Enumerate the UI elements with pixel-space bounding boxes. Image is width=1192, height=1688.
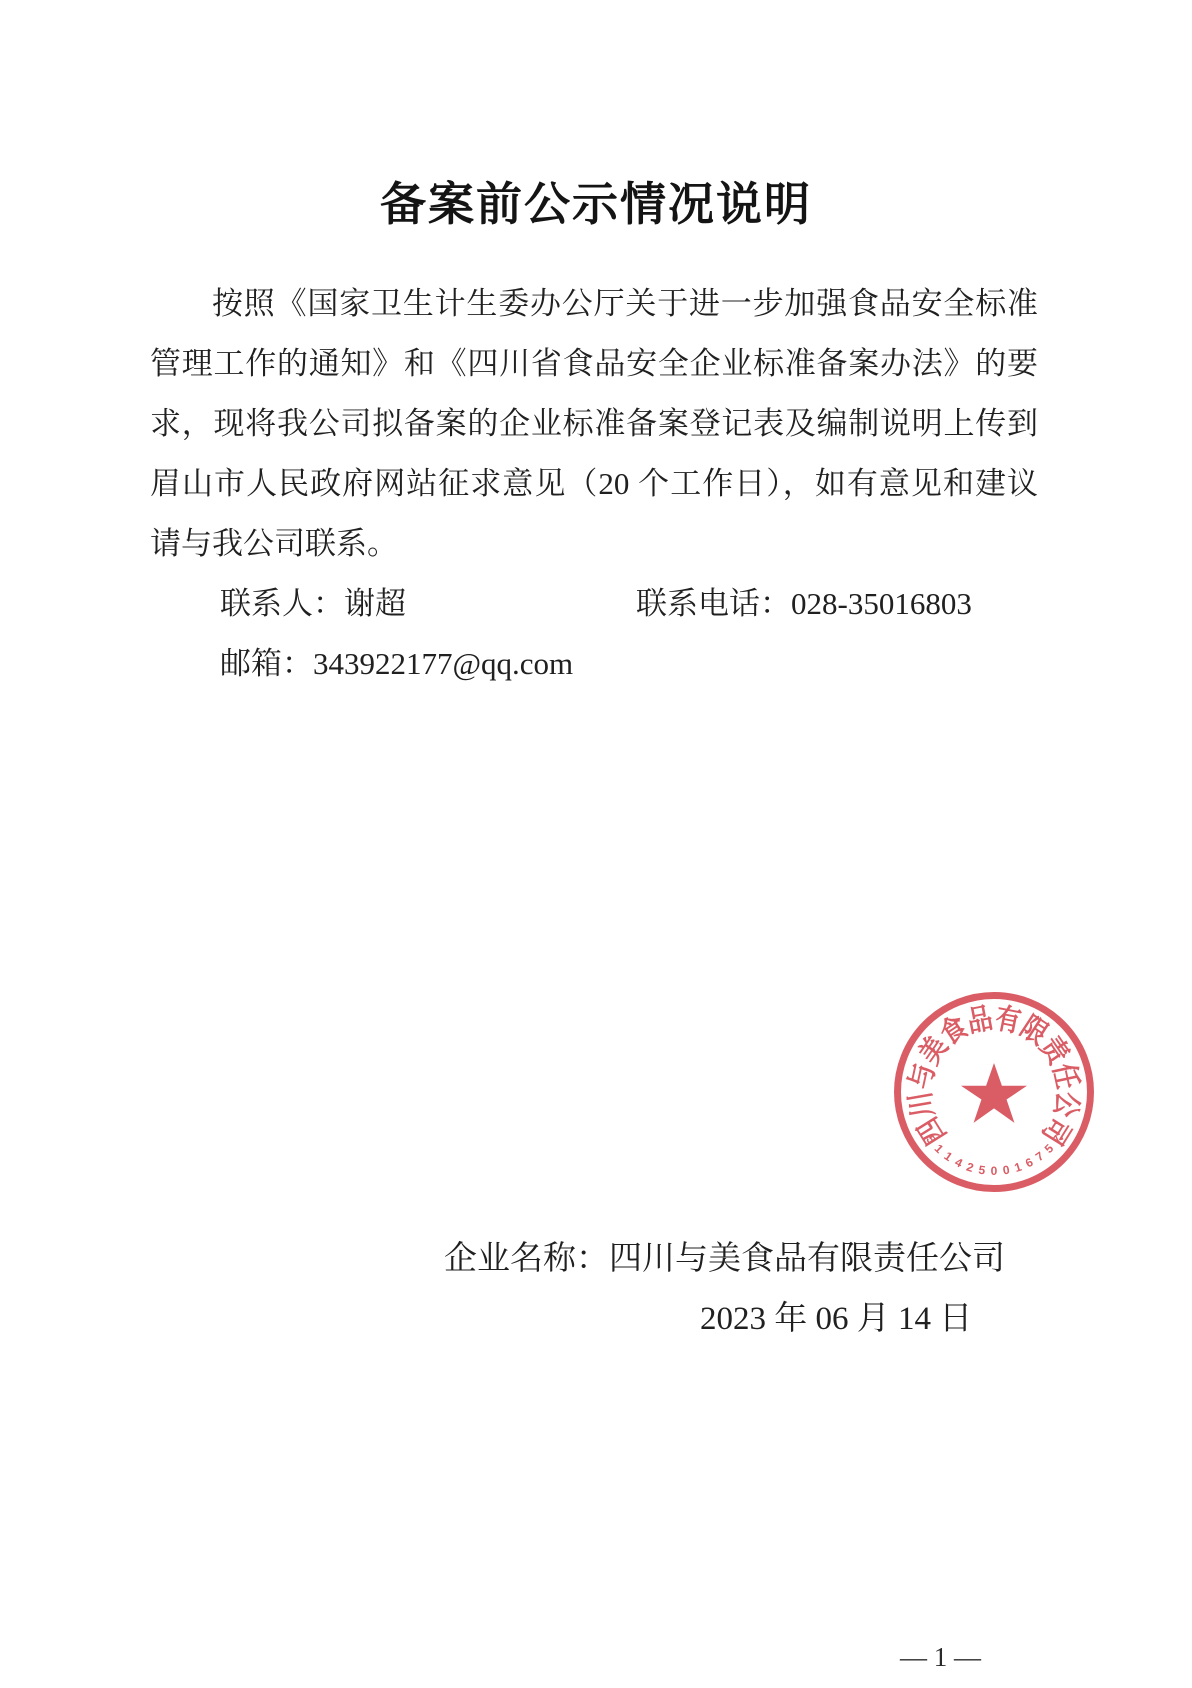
page-number: — 1 — [900,1642,981,1673]
contact-email-address: 343922177@qq.com [313,646,573,681]
contact-phone: 联系电话：028-35016803 [636,574,972,634]
document-page: 备案前公示情况说明 按照《国家卫生计生委办公厅关于进一步加强食品安全标准 管理工… [0,0,1192,1688]
document-title: 备案前公示情况说明 [0,168,1192,234]
signature-date: 2023 年 06 月 14 日 [700,1292,972,1339]
contact-email-label: 邮箱： [220,646,313,681]
paragraph-line: 管理工作的通知》和《四川省食品安全企业标准备案办法》的要 [150,334,1038,394]
contact-person-name: 谢超 [344,586,406,621]
signature-company-name: 四川与美食品有限责任公司 [609,1241,1005,1277]
contact-line: 联系人：谢超 联系电话：028-35016803 [150,574,1038,634]
contact-person-label: 联系人： [220,586,344,621]
signature-company-label: 企业名称： [444,1241,609,1277]
contact-phone-number: 028-35016803 [791,586,972,621]
contact-email-line: 邮箱：343922177@qq.com [150,634,1038,694]
seal-serial-number: 5114250016757 [894,992,1094,1192]
signature-company-line: 企业名称：四川与美食品有限责任公司 [444,1232,1005,1279]
paragraph-line: 求，现将我公司拟备案的企业标准备案登记表及编制说明上传到 [150,394,1038,454]
paragraph-line: 请与我公司联系。 [150,514,1038,574]
contact-phone-label: 联系电话： [636,586,791,621]
paragraph-line: 按照《国家卫生计生委办公厅关于进一步加强食品安全标准 [150,274,1038,334]
body-paragraph: 按照《国家卫生计生委办公厅关于进一步加强食品安全标准 管理工作的通知》和《四川省… [150,274,1038,694]
company-seal: 四川与美食品有限责任公司 5114250016757 [894,992,1094,1192]
paragraph-line: 眉山市人民政府网站征求意见（20 个工作日），如有意见和建议 [150,454,1038,514]
